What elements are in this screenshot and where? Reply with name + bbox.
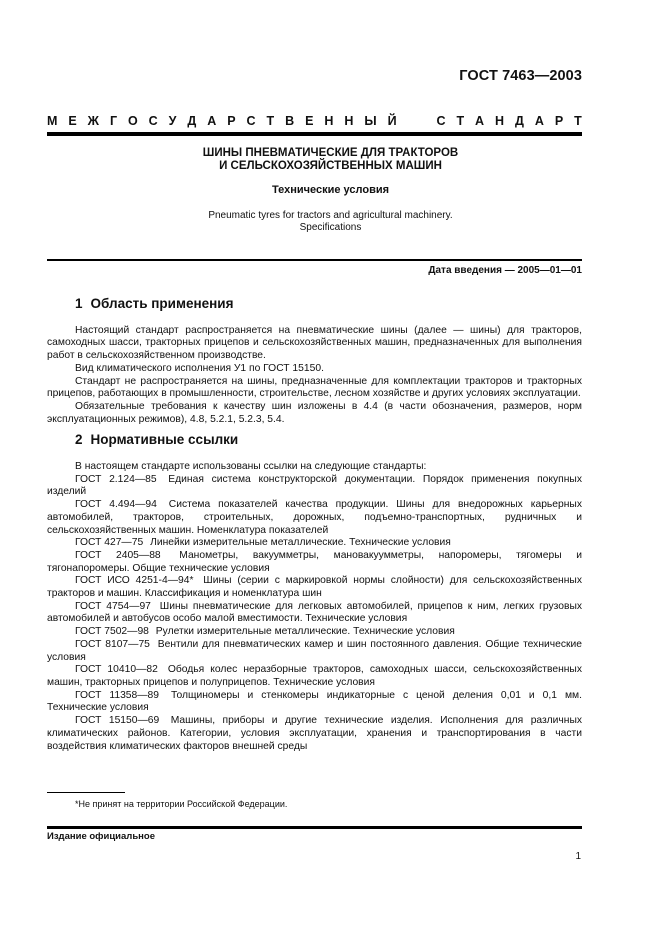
title-line-2: И СЕЛЬСКОХОЗЯЙСТВЕННЫХ МАШИН <box>0 160 661 173</box>
banner-letter: Й <box>388 114 397 128</box>
banner-letter: Т <box>574 114 582 128</box>
section-1-body: Настоящий стандарт распространяется на п… <box>47 325 582 427</box>
reference-item: ГОСТ 2405—88 Манометры, вакуумметры, ман… <box>47 550 582 575</box>
reference-code: ГОСТ 4754—97 <box>75 601 151 612</box>
banner-letter: Ж <box>88 114 99 128</box>
english-title-line-2: Specifications <box>0 222 661 234</box>
document-subtitle: Технические условия <box>0 184 661 196</box>
banner-letter: С <box>247 114 256 128</box>
banner-letter: Н <box>344 114 353 128</box>
top-rule <box>47 132 582 136</box>
banner-letter: С <box>436 114 445 128</box>
banner-letter: О <box>128 114 138 128</box>
banner-letter: Н <box>324 114 333 128</box>
banner-letter: Д <box>187 114 196 128</box>
reference-item: ГОСТ 15150—69 Машины, приборы и другие т… <box>47 715 582 753</box>
reference-item: ГОСТ 11358—89 Толщиномеры и стенкомеры и… <box>47 690 582 715</box>
bottom-rule <box>47 826 582 829</box>
paragraph: Настоящий стандарт распространяется на п… <box>47 325 582 363</box>
reference-code: ГОСТ 4.494—94 <box>75 499 157 510</box>
page-number: 1 <box>575 851 581 862</box>
middle-rule <box>47 259 582 261</box>
document-body: 1Область применения Настоящий стандарт р… <box>47 298 582 753</box>
banner-letter: Р <box>227 114 235 128</box>
banner-letter: Г <box>110 114 117 128</box>
reference-code: ГОСТ 2.124—85 <box>75 474 157 485</box>
footnote: *Не принят на территории Российской Феде… <box>75 799 287 809</box>
banner-letter: Е <box>305 114 313 128</box>
banner-letter: Т <box>267 114 275 128</box>
reference-code: ГОСТ 11358—89 <box>75 690 159 701</box>
english-title-line-1: Pneumatic tyres for tractors and agricul… <box>0 210 661 222</box>
reference-code: ГОСТ 427—75 <box>75 537 143 548</box>
banner-letter: Ы <box>364 114 376 128</box>
banner-letter: С <box>149 114 158 128</box>
section-title: Область применения <box>91 296 234 311</box>
reference-code: ГОСТ 2405—88 <box>75 550 161 561</box>
references-intro: В настоящем стандарте использованы ссылк… <box>47 461 582 474</box>
banner-gap <box>408 114 426 128</box>
reference-code: ГОСТ ИСО 4251-4—94* <box>75 575 193 586</box>
reference-item: ГОСТ 10410—82 Ободья колес неразборные т… <box>47 664 582 689</box>
section-title: Нормативные ссылки <box>91 432 239 447</box>
banner-letter: У <box>169 114 177 128</box>
reference-item: ГОСТ 427—75 Линейки измерительные металл… <box>47 537 582 550</box>
banner-letter: М <box>47 114 57 128</box>
banner-letter: А <box>207 114 216 128</box>
section-2-heading: 2Нормативные ссылки <box>47 434 582 447</box>
banner-letter: Д <box>515 114 524 128</box>
banner-letter: А <box>475 114 484 128</box>
reference-code: ГОСТ 15150—69 <box>75 715 159 726</box>
section-number: 1 <box>75 296 83 311</box>
banner-letter: Т <box>456 114 464 128</box>
reference-item: ГОСТ 2.124—85 Единая система конструктор… <box>47 474 582 499</box>
reference-item: ГОСТ 8107—75 Вентили для пневматических … <box>47 639 582 664</box>
interstate-standard-banner: МЕЖГОСУДАРСТВЕННЫЙСТАНДАРТ <box>47 114 582 128</box>
reference-code: ГОСТ 8107—75 <box>75 639 150 650</box>
paragraph: Обязательные требования к качеству шин и… <box>47 401 582 426</box>
reference-title: Рулетки измерительные металлические. Тех… <box>156 626 455 637</box>
section-1-heading: 1Область применения <box>47 298 582 311</box>
banner-letter: Е <box>68 114 76 128</box>
references-list: ГОСТ 2.124—85 Единая система конструктор… <box>47 474 582 753</box>
section-number: 2 <box>75 432 83 447</box>
banner-letter: В <box>285 114 294 128</box>
paragraph: Вид климатического исполнения У1 по ГОСТ… <box>47 363 582 376</box>
banner-letter: Р <box>555 114 563 128</box>
reference-item: ГОСТ 4754—97 Шины пневматические для лег… <box>47 601 582 626</box>
document-title: ШИНЫ ПНЕВМАТИЧЕСКИЕ ДЛЯ ТРАКТОРОВ И СЕЛЬ… <box>0 147 661 173</box>
english-title: Pneumatic tyres for tractors and agricul… <box>0 210 661 234</box>
paragraph: Стандарт не распространяется на шины, пр… <box>47 376 582 401</box>
reference-title: Линейки измерительные металлические. Тех… <box>150 537 451 548</box>
reference-code: ГОСТ 7502—98 <box>75 626 149 637</box>
footnote-rule <box>47 792 125 793</box>
title-line-1: ШИНЫ ПНЕВМАТИЧЕСКИЕ ДЛЯ ТРАКТОРОВ <box>0 147 661 160</box>
reference-item: ГОСТ ИСО 4251-4—94* Шины (серии с маркир… <box>47 575 582 600</box>
reference-item: ГОСТ 7502—98 Рулетки измерительные метал… <box>47 626 582 639</box>
banner-letter: Н <box>495 114 504 128</box>
document-number: ГОСТ 7463—2003 <box>459 68 582 84</box>
banner-letter: А <box>535 114 544 128</box>
reference-code: ГОСТ 10410—82 <box>75 664 158 675</box>
reference-item: ГОСТ 4.494—94 Система показателей качест… <box>47 499 582 537</box>
introduction-date: Дата введения — 2005—01—01 <box>428 265 582 276</box>
official-edition-label: Издание официальное <box>47 831 155 842</box>
